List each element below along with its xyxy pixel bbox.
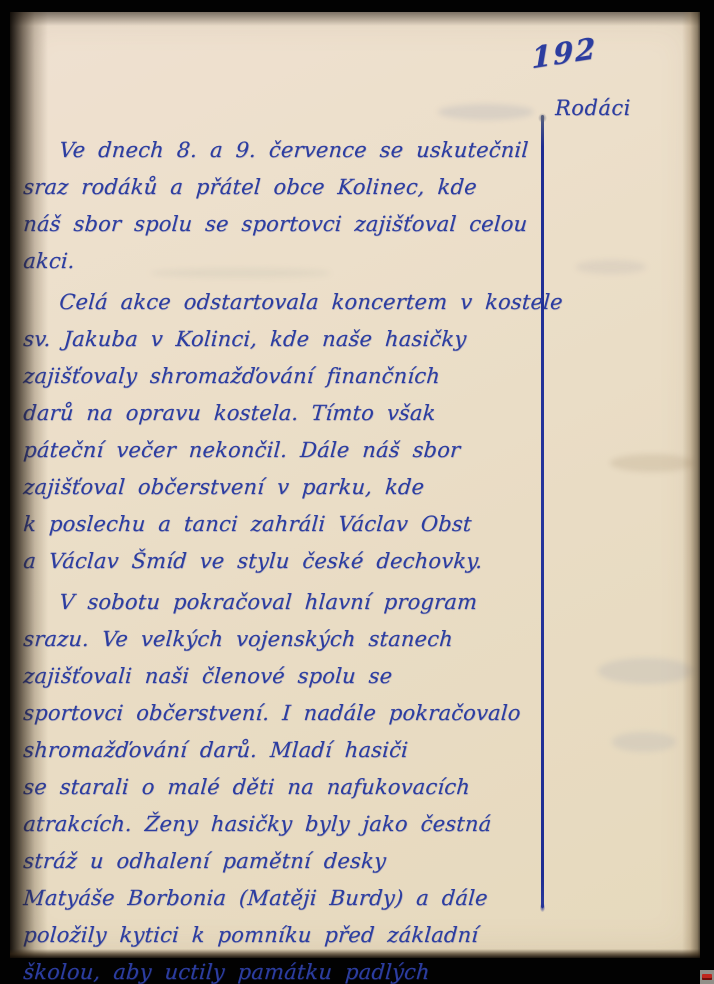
handwritten-line: zajišťovali naši členové spolu se <box>22 658 555 695</box>
broken-image-red-bar <box>702 974 712 980</box>
handwritten-line: sv. Jakuba v Kolinci, kde naše hasičky <box>22 321 555 358</box>
handwritten-line: Matyáše Borbonia (Matěji Burdy) a dále <box>22 880 555 917</box>
broken-image-icon <box>700 970 714 984</box>
bleed-through-mark <box>610 454 694 472</box>
handwritten-line: akci. <box>22 243 555 280</box>
notebook-page: 192 Rodáci Ve dnech 8. a 9. července se … <box>10 12 700 958</box>
handwritten-line: sraz rodáků a přátel obce Kolinec, kde <box>22 169 555 206</box>
page-number: 192 <box>531 31 597 76</box>
handwritten-line: Celá akce odstartovala koncertem v koste… <box>22 284 555 321</box>
handwritten-line: zajišťoval občerstvení v parku, kde <box>22 469 555 506</box>
handwritten-line: Ve dnech 8. a 9. července se uskutečnil <box>22 132 555 169</box>
page-right-edge <box>682 12 700 958</box>
handwritten-line: srazu. Ve velkých vojenských stanech <box>22 621 555 658</box>
handwritten-line: atrakcích. Ženy hasičky byly jako čestná <box>22 806 555 843</box>
bleed-through-mark <box>438 104 534 120</box>
handwritten-line: stráž u odhalení pamětní desky <box>22 843 555 880</box>
handwritten-line: školou, aby uctily památku padlých <box>22 954 555 984</box>
scan-background: 192 Rodáci Ve dnech 8. a 9. července se … <box>0 0 714 984</box>
bleed-through-mark <box>612 732 676 752</box>
handwritten-line: k poslechu a tanci zahráli Václav Obst <box>22 506 555 543</box>
bleed-through-mark <box>598 658 694 684</box>
handwritten-line: shromažďování darů. Mladí hasiči <box>22 732 555 769</box>
handwritten-line: sportovci občerstvení. I nadále pokračov… <box>22 695 555 732</box>
handwritten-line: zajišťovaly shromažďování finančních <box>22 358 555 395</box>
scan-top-shadow <box>10 12 700 26</box>
bleed-through-mark <box>576 260 646 274</box>
handwritten-line: darů na opravu kostela. Tímto však <box>22 395 555 432</box>
handwritten-line: a Václav Šmíd ve stylu české dechovky. <box>22 543 555 580</box>
handwritten-line: páteční večer nekončil. Dále náš sbor <box>22 432 555 469</box>
handwritten-line: náš sbor spolu se sportovci zajišťoval c… <box>22 206 555 243</box>
handwritten-line: V sobotu pokračoval hlavní program <box>22 584 555 621</box>
handwritten-line: položily kytici k pomníku před základní <box>22 917 555 954</box>
handwritten-line: se starali o malé děti na nafukovacích <box>22 769 555 806</box>
handwritten-text-block: Ve dnech 8. a 9. července se uskutečnil … <box>22 132 552 984</box>
margin-heading: Rodáci <box>555 96 631 120</box>
